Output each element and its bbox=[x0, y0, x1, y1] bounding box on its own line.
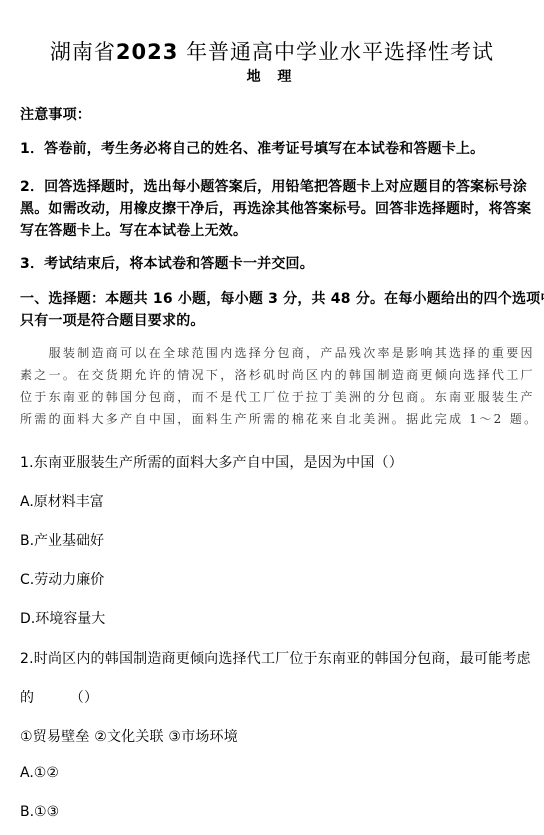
note-item-2-line3: 写在答题卡上。写在本试卷上无效。 bbox=[20, 220, 247, 240]
note-item-3: 3．考试结束后，将本试卷和答题卡一并交回。 bbox=[20, 253, 314, 273]
section-heading-line2: 只有一项是符合题目要求的。 bbox=[20, 310, 205, 330]
question-1-stem: 1.东南亚服装生产所需的面料大多产自中国，是因为中国（） bbox=[20, 452, 403, 472]
question-1-option-d: D.环境容量大 bbox=[20, 608, 105, 628]
question-2-stem-line2: 的 （） bbox=[20, 687, 98, 707]
note-item-1: 1．答卷前，考生务必将自己的姓名、准考证号填写在本试卷和答题卡上。 bbox=[20, 138, 484, 158]
passage-line-4: 所需的面料大多产自中国，面料生产所需的棉花来自北美洲。据此完成 1～2 题。 bbox=[20, 410, 538, 427]
note-item-2-line2: 黑。如需改动，用橡皮擦干净后，再选涂其他答案标号。回答非选择题时，将答案 bbox=[20, 198, 531, 218]
title-year: 2023 bbox=[116, 40, 178, 64]
question-1-option-b: B.产业基础好 bbox=[20, 530, 104, 550]
notes-heading: 注意事项： bbox=[20, 104, 91, 124]
passage-line-1: 服装制造商可以在全球范围内选择分包商，产品残次率是影响其选择的重要因 bbox=[20, 344, 535, 361]
passage-line-3: 位于东南亚的韩国分包商，而不是代工厂位于拉丁美洲的分包商。东南亚服装生产 bbox=[20, 388, 535, 405]
question-2-stem-line1: 2.时尚区内的韩国制造商更倾向选择代工厂位于东南亚的韩国分包商，最可能考虑 bbox=[20, 648, 531, 668]
note-item-2-line1: 2．回答选择题时，选出每小题答案后，用铅笔把答题卡上对应题目的答案标号涂 bbox=[20, 176, 527, 196]
section-heading-line1: 一、选择题：本题共 16 小题，每小题 3 分，共 48 分。在每小题给出的四个… bbox=[20, 288, 544, 308]
question-2-choices: ①贸易壁垒 ②文化关联 ③市场环境 bbox=[20, 726, 238, 746]
title-suffix: 年普通高中学业水平选择性考试 bbox=[186, 40, 494, 64]
exam-subject: 地 理 bbox=[0, 66, 544, 86]
question-2-option-b: B.①③ bbox=[20, 804, 59, 820]
exam-title: 湖南省2023 年普通高中学业水平选择性考试 bbox=[0, 36, 544, 66]
question-1-option-c: C.劳动力廉价 bbox=[20, 569, 104, 589]
title-prefix: 湖南省 bbox=[50, 40, 116, 64]
question-2-option-a: A.①② bbox=[20, 765, 59, 781]
passage-line-2: 素之一。在交货期允许的情况下，洛杉矶时尚区内的韩国制造商更倾向选择代工厂 bbox=[20, 366, 535, 383]
question-1-option-a: A.原材料丰富 bbox=[20, 491, 104, 511]
